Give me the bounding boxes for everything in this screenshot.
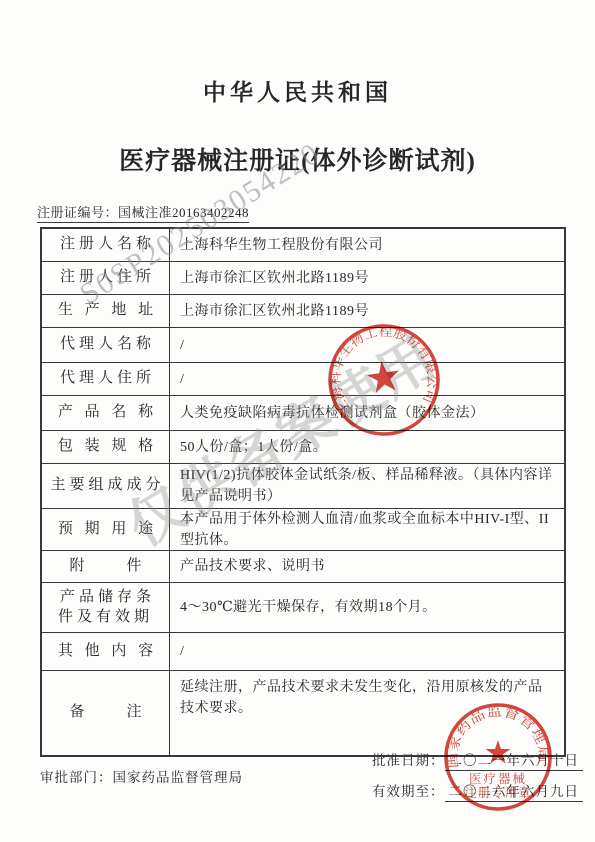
company-seal-icon: 上海科华生物工程股份有限公司 <box>318 314 449 445</box>
row-label-main-components: 主要组成成分 <box>42 464 170 509</box>
row-value-registrant-address: 上海市徐汇区钦州北路1189号 <box>170 262 564 295</box>
row-value-storage-validity: 4～30℃避光干燥保存，有效期18个月。 <box>170 583 564 633</box>
star-icon <box>365 359 401 394</box>
authority-seal-line2: 注册专用章 <box>464 785 532 800</box>
authority-seal-line1: 医疗器械 <box>469 771 527 786</box>
row-label-attachments: 附 件 <box>42 551 170 583</box>
row-value-attachments: 产品技术要求、说明书 <box>170 551 564 583</box>
row-label-production-address: 生 产 地 址 <box>42 295 170 328</box>
row-value-intended-use: 本产品用于体外检测人血清/血浆或全血标本中HIV-I型、II型抗体。 <box>170 509 564 551</box>
registration-number-value: 国械注准20163402248 <box>118 205 249 220</box>
approval-department-line: 审批部门：国家药品监督管理局 <box>40 766 243 786</box>
certificate-page: 中华人民共和国 医疗器械注册证(体外诊断试剂) 注册证编号：国械注准201634… <box>0 0 595 842</box>
row-label-other-content: 其 他 内 容 <box>42 633 170 671</box>
row-label-agent-name: 代理人名称 <box>42 328 170 363</box>
company-seal-stamp: 上海科华生物工程股份有限公司 <box>318 314 449 445</box>
row-label-intended-use: 预 期 用 途 <box>42 509 170 551</box>
approval-department-label: 审批部门： <box>40 770 113 785</box>
row-label-storage-validity: 产品储存条 件及有效期 <box>42 583 170 633</box>
country-title: 中华人民共和国 <box>0 74 595 107</box>
registration-number-line: 注册证编号：国械注准20163402248 <box>37 202 249 223</box>
certificate-title: 医疗器械注册证(体外诊断试剂) <box>0 141 595 177</box>
valid-until-label: 有效期至： <box>372 784 445 799</box>
row-label-remarks: 备 注 <box>42 671 170 755</box>
row-value-main-components: HIV(1/2)抗体胶体金试纸条/板、样品稀释液。（具体内容详见产品说明书） <box>170 464 564 509</box>
row-value-other-content: / <box>170 633 564 671</box>
authority-seal-ring-text: 国家药品监督管理局 <box>444 703 553 769</box>
authority-seal-icon: 国家药品监督管理局 医疗器械 注册专用章 <box>442 701 554 813</box>
row-label-agent-address: 代理人住所 <box>42 363 170 396</box>
row-label-packaging-spec: 包 装 规 格 <box>42 431 170 464</box>
approval-department-value: 国家药品监督管理局 <box>113 770 244 785</box>
row-label-registrant-address: 注册人住所 <box>42 262 170 295</box>
certificate-table: 注册人名称 上海科华生物工程股份有限公司 注册人住所 上海市徐汇区钦州北路118… <box>40 227 566 757</box>
star-icon <box>486 740 511 764</box>
row-label-product-name: 产 品 名 称 <box>42 396 170 431</box>
row-label-registrant-name: 注册人名称 <box>42 229 170 262</box>
row-value-registrant-name: 上海科华生物工程股份有限公司 <box>170 229 564 262</box>
authority-seal-stamp: 国家药品监督管理局 医疗器械 注册专用章 <box>442 701 554 813</box>
registration-number-label: 注册证编号： <box>37 205 118 220</box>
